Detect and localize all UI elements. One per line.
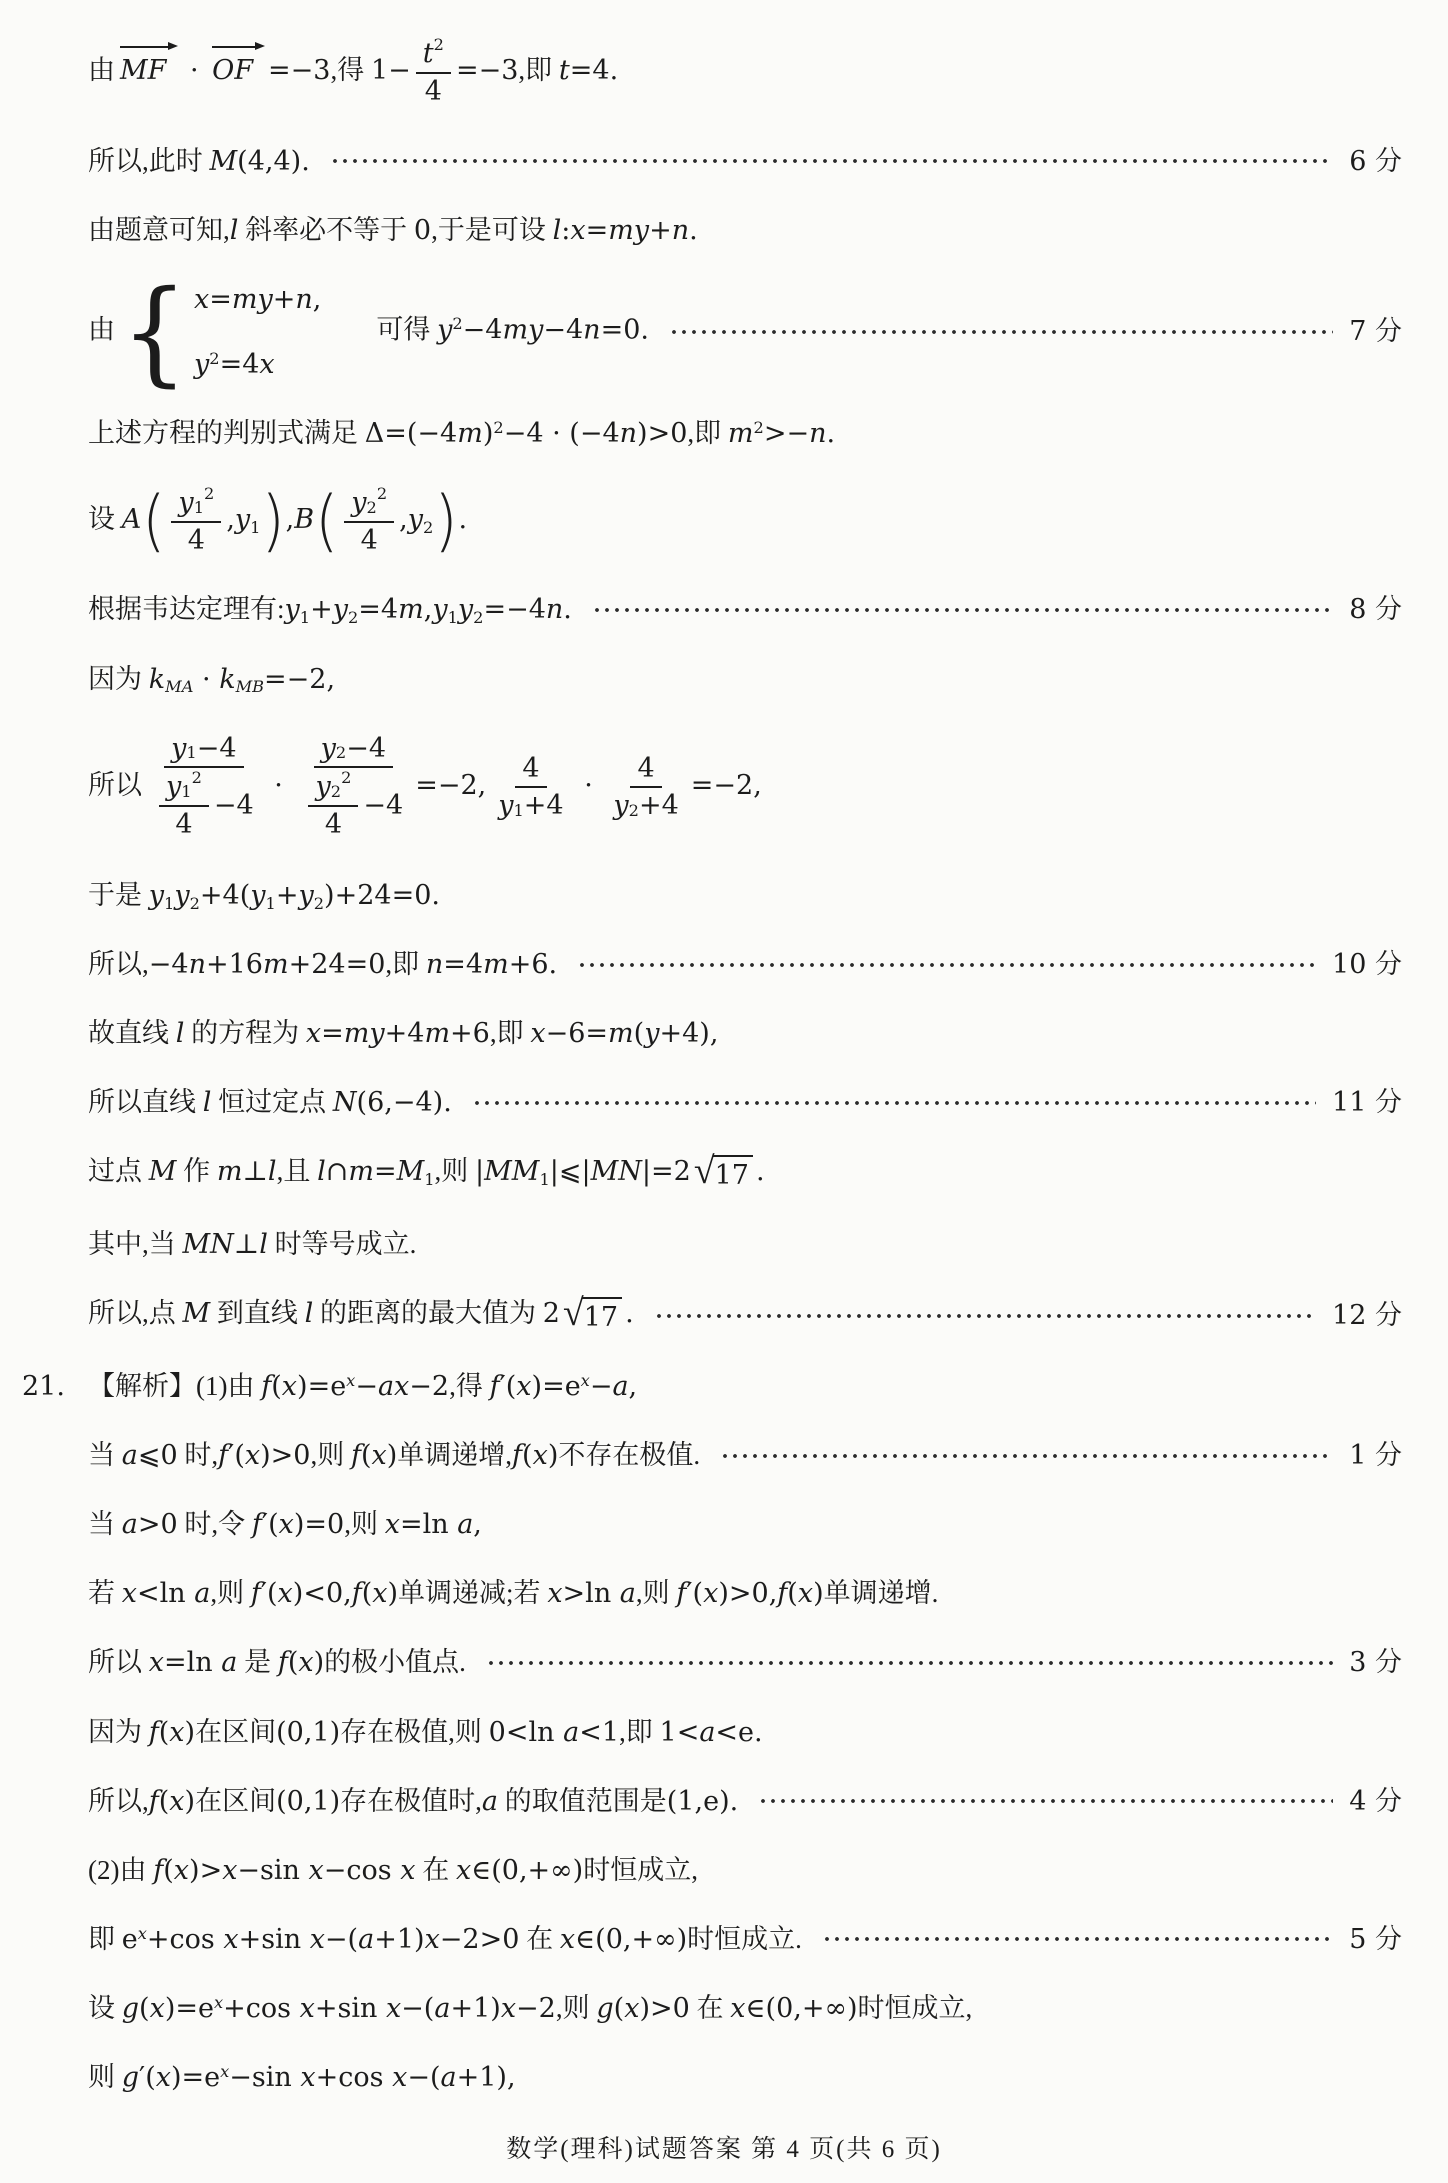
left-brace-icon: { — [121, 286, 188, 377]
math-run: f(x) — [512, 1440, 558, 1471]
math-variable: x — [730, 1993, 745, 2024]
math-run: + — [223, 1993, 246, 2024]
document-line: 所以,点 M 到直线 l 的距离的最大值为 2√17.12 分 — [0, 1296, 1448, 1335]
text-run: 设 — [88, 1993, 122, 2023]
dotted-leader — [330, 159, 1333, 163]
dotted-leader — [577, 963, 1316, 967]
text-run: 所以 — [88, 1647, 149, 1677]
math-variable: x — [214, 1993, 223, 2012]
math-variable: x — [798, 1578, 813, 1609]
subscript: 1 — [181, 784, 191, 800]
math-run: y — [437, 314, 452, 345]
math-variable: y — [458, 594, 473, 625]
math-variable: x — [138, 1924, 147, 1943]
dotted-leader — [669, 330, 1333, 334]
math-variable: x — [259, 349, 274, 380]
math-variable: N — [618, 1156, 642, 1187]
math-variable: M — [210, 146, 238, 177]
text-run: ,则 — [636, 1578, 677, 1608]
fraction-denominator: 4 — [354, 523, 385, 559]
text-run: ,且 — [277, 1156, 318, 1186]
math-run: f(x) — [278, 1647, 324, 1678]
math-run: x−(a+1), — [392, 2062, 515, 2093]
superscript: x — [346, 1373, 355, 1389]
math-variable: l — [268, 1156, 277, 1187]
fraction: y124 — [159, 769, 209, 843]
score-label: 4 分 — [1349, 1784, 1402, 1819]
math-variable: a — [440, 2062, 456, 2093]
exam-answer-page: 由MF · OF=−3,得 1−t24=−3,即 t=4.所以,此时 M(4,4… — [0, 0, 1448, 2183]
math-run: y — [613, 789, 628, 823]
math-run: · — [576, 769, 602, 800]
math-run: k — [149, 664, 165, 695]
document-line: 所以,f(x)在区间(0,1)存在极值时,a 的取值范围是(1,e).4 分 — [0, 1784, 1448, 1819]
line-content: 因为 f(x)在区间(0,1)存在极值,则 0<ln a<1,即 1<a<e. — [88, 1715, 763, 1750]
math-run: =4m,y — [358, 594, 447, 625]
text-run: 时恒成立, — [858, 1993, 973, 2023]
math-variable: y — [634, 215, 649, 246]
math-run: 2 — [754, 418, 764, 437]
document-line: 因为 f(x)在区间(0,1)存在极值,则 0<ln a<1,即 1<a<e. — [0, 1715, 1448, 1750]
math-run: =4x — [220, 349, 275, 380]
superscript: x — [220, 2064, 229, 2080]
math-variable: a — [563, 1717, 579, 1748]
math-run: x< — [122, 1578, 160, 1609]
math-run: M(4,4). — [210, 146, 310, 177]
text-run: 其中,当 — [88, 1229, 183, 1259]
math-variable: m — [483, 949, 509, 980]
line-content: 过点 M 作 m⊥l,且 l∩m=M1,则 |MM1|⩽|MN|=2√17. — [88, 1154, 765, 1193]
text-run: 时恒成立, — [583, 1855, 698, 1885]
math-variable: x — [310, 1924, 325, 1955]
fraction: y2−4y224−4 — [296, 731, 410, 844]
math-run: 4 — [361, 524, 378, 558]
square-root: √17 — [694, 1155, 753, 1193]
text-run: ,即 — [619, 1717, 660, 1747]
math-run: x=my+4m+6 — [306, 1018, 490, 1049]
math-variable: l — [259, 1229, 268, 1260]
math-variable: f — [777, 1578, 787, 1609]
math-variable: x — [425, 1924, 440, 1955]
math-variable: y — [235, 504, 250, 535]
math-variable: y — [321, 733, 336, 764]
math-roman-run: cos — [346, 1855, 400, 1886]
math-variable: x — [346, 1371, 355, 1390]
line-content: 所以y1−4y124−4 · y2−4y224−4=−2,4y1+4 · 4y2… — [88, 731, 762, 844]
math-variable: x — [581, 1371, 590, 1390]
math-run: g(x)= — [122, 1993, 198, 2024]
math-variable: m — [348, 1156, 374, 1187]
math-roman-run: e — [703, 1786, 719, 1817]
dotted-leader — [822, 1937, 1333, 1941]
math-run: . — [754, 1717, 763, 1748]
math-variable: x — [169, 1717, 184, 1748]
math-run: x — [138, 1924, 147, 1943]
math-variable: B — [252, 677, 264, 696]
math-variable: m — [217, 1156, 243, 1187]
math-variable: t — [423, 38, 434, 69]
math-variable: x — [245, 1440, 260, 1471]
subscript: 1 — [539, 1172, 549, 1188]
text-run: 时,令 — [178, 1509, 252, 1539]
text-run: 在区间 — [195, 1786, 276, 1816]
math-run: 2 — [209, 349, 219, 368]
math-roman-run: sin — [337, 1993, 385, 2024]
math-variable: O — [212, 55, 234, 86]
superscript: x — [581, 1373, 590, 1389]
math-variable: M — [236, 677, 253, 696]
math-run: =−3 — [268, 55, 330, 86]
text-run: 由题意可知, — [88, 215, 230, 245]
fraction-numerator: y22 — [344, 485, 394, 523]
math-variable: t — [559, 55, 570, 86]
math-run: x — [214, 1993, 223, 2012]
math-run: x∈(0,+∞) — [456, 1855, 583, 1886]
math-variable: g — [596, 1993, 613, 2024]
math-variable: N — [210, 1229, 234, 1260]
math-variable: n — [809, 418, 826, 449]
math-variable: m — [457, 418, 483, 449]
text-run: 所以,点 — [88, 1298, 183, 1328]
fraction: y1−4y124−4 — [147, 731, 261, 844]
math-variable: a — [358, 1924, 374, 1955]
math-run: 2 — [192, 768, 202, 787]
text-run: ,即 — [385, 949, 426, 979]
math-variable: x — [570, 215, 585, 246]
fraction-denominator: y124−4 — [147, 768, 261, 844]
math-run: N(6,−4). — [333, 1087, 452, 1118]
text-run: 存在极值,则 — [340, 1717, 489, 1747]
text-run: 作 — [176, 1156, 217, 1186]
math-run: =−2, — [415, 769, 486, 800]
math-variable: x — [156, 2062, 171, 2093]
fraction-denominator: 4 — [168, 807, 199, 843]
math-run: OF — [212, 55, 253, 86]
math-run: 1− — [371, 55, 411, 86]
dotted-leader — [654, 1314, 1316, 1318]
document-line: 当 a⩽0 时,f′(x)>0,则 f(x)单调递增,f(x)不存在极值.1 分 — [0, 1438, 1448, 1473]
math-variable: y — [369, 1018, 384, 1049]
math-variable: x — [392, 2062, 407, 2093]
fraction-denominator: 4 — [418, 74, 449, 110]
math-run: (0,1) — [276, 1717, 340, 1748]
math-variable: g — [122, 2062, 139, 2093]
math-run: x= — [385, 1509, 423, 1540]
text-run: 在 — [415, 1855, 456, 1885]
math-run: x — [220, 2062, 229, 2081]
math-run: y — [194, 349, 209, 380]
subscript: 2 — [314, 896, 324, 912]
math-variable: x — [394, 1371, 409, 1402]
math-run: )+24=0. — [324, 880, 440, 911]
math-run: y — [174, 880, 189, 911]
text-run: ,即 — [518, 55, 559, 85]
text-run: 不存在极值. — [558, 1440, 700, 1470]
superscript: 2 — [192, 770, 202, 786]
document-line: 当 a>0 时,令 f′(x)=0,则 x=ln a, — [0, 1507, 1448, 1542]
subscript: 2 — [473, 610, 483, 626]
text-run: 恒过定点 — [211, 1087, 333, 1117]
math-run: x∈(0,+∞) — [560, 1924, 687, 1955]
text-run: ,则 — [210, 1578, 251, 1608]
line-content: 21.【解析】(1)由 f(x)=ex−ax−2,得 f′(x)=ex−a, — [88, 1369, 637, 1404]
math-run: M — [183, 1298, 211, 1329]
document-line: 设 A(y124,y1),B(y224,y2). — [0, 485, 1448, 559]
math-roman-run: ln — [187, 1647, 222, 1678]
math-run: · — [181, 55, 207, 86]
fraction-denominator: y224−4 — [296, 768, 410, 844]
text-run: ,得 — [330, 55, 371, 85]
math-variable: x — [560, 1924, 575, 1955]
score-label: 12 分 — [1332, 1298, 1402, 1333]
math-variable: f — [261, 1371, 271, 1402]
math-variable: y — [613, 790, 628, 821]
math-variable: A — [122, 504, 142, 535]
math-run: . — [459, 504, 468, 535]
line-content: 故直线 l 的方程为 x=my+4m+6,即 x−6=m(y+4), — [88, 1016, 718, 1051]
math-run: (0,1) — [276, 1786, 340, 1817]
math-variable: x — [372, 1578, 387, 1609]
fraction-numerator: y1−4 — [164, 731, 243, 769]
math-roman-run: sin — [261, 1924, 309, 1955]
math-variable: x — [278, 1578, 293, 1609]
text-run: 的方程为 — [184, 1018, 306, 1048]
document-line: (2)由 f(x)>x−sin x−cos x 在 x∈(0,+∞)时恒成立, — [0, 1853, 1448, 1888]
math-run: (1, — [667, 1786, 703, 1817]
document-line: 故直线 l 的方程为 x=my+4m+6,即 x−6=m(y+4), — [0, 1016, 1448, 1051]
math-run: f′(x)= — [490, 1371, 565, 1402]
text-run: 所以,此时 — [88, 146, 210, 176]
math-run: f(x) — [351, 1440, 397, 1471]
superscript: 2 — [204, 486, 214, 502]
math-variable: x — [220, 2062, 229, 2081]
math-run: −4 — [197, 732, 237, 766]
subscript: 1 — [164, 896, 174, 912]
text-run: ,即 — [490, 1018, 531, 1048]
math-run: a — [482, 1786, 498, 1817]
math-variable: x — [300, 2062, 315, 2093]
document-line: 根据韦达定理有:y1+y2=4m,y1y2=−4n.8 分 — [0, 592, 1448, 627]
math-variable: x — [501, 1993, 516, 2024]
text-run: ,则 — [556, 1993, 597, 2023]
math-run: 2 — [629, 801, 639, 820]
math-run: x= — [149, 1647, 187, 1678]
text-run: 因为 — [88, 664, 149, 694]
math-variable: m — [502, 314, 528, 345]
text-run: 于是 — [88, 880, 149, 910]
text-run: 单调递减;若 — [398, 1578, 547, 1608]
math-variable: y — [257, 284, 272, 315]
math-run: 1 — [164, 894, 174, 913]
subscript: 1 — [448, 610, 458, 626]
line-content: 所以,f(x)在区间(0,1)存在极值时,a 的取值范围是(1,e). — [88, 1784, 738, 1819]
math-run: 4 — [325, 808, 342, 842]
math-run: ,B — [286, 504, 314, 535]
math-variable: g — [122, 1993, 139, 2024]
math-run: x=my+n, — [194, 284, 321, 315]
math-roman-run: ln — [423, 1509, 458, 1540]
line-content: 则 g′(x)=ex−sin x+cos x−(a+1), — [88, 2060, 516, 2095]
fraction: y224 — [344, 485, 394, 559]
math-run: a — [620, 1578, 636, 1609]
math-variable: x — [533, 1440, 548, 1471]
fraction-numerator: y12 — [171, 485, 221, 523]
math-variable: x — [222, 1855, 237, 1886]
text-run: 当 — [88, 1509, 122, 1539]
text-run: (2)由 — [88, 1855, 153, 1885]
document-line: 上述方程的判别式满足 Δ=(−4m)2−4 · (−4n)>0,即 m2>−n. — [0, 416, 1448, 451]
math-run: x> — [547, 1578, 585, 1609]
text-run: 单调递增. — [824, 1578, 939, 1608]
text-run: 是 — [237, 1647, 278, 1677]
math-roman-run: e — [204, 2062, 220, 2093]
math-run: a<1 — [563, 1717, 619, 1748]
math-run: =−2, — [264, 664, 335, 695]
math-run: 0 — [414, 215, 431, 246]
text-run: 由 — [88, 314, 115, 344]
math-run: =−3 — [456, 55, 518, 86]
text-run: ,得 — [449, 1371, 490, 1401]
math-run: f(x) — [149, 1786, 195, 1817]
text-run: 在区间 — [195, 1717, 276, 1747]
math-run: · k — [193, 664, 235, 695]
document-line: 所以 x=ln a 是 f(x)的极小值点.3 分 — [0, 1645, 1448, 1680]
math-variable: n — [620, 418, 637, 449]
math-run: 1 — [448, 608, 458, 627]
math-variable: l — [553, 215, 562, 246]
math-roman-run: cos — [338, 2062, 392, 2093]
dotted-leader — [758, 1799, 1333, 1803]
math-variable: f — [512, 1440, 522, 1471]
math-run: m — [728, 418, 754, 449]
math-run: 2 — [331, 782, 341, 801]
math-roman-run: e — [565, 1371, 581, 1402]
math-run: f(x)= — [261, 1371, 330, 1402]
math-roman-run: ln — [160, 1578, 195, 1609]
subscript: MA — [165, 679, 193, 695]
math-variable: f — [149, 1786, 159, 1817]
math-variable: x — [530, 1018, 545, 1049]
math-run: f(x) — [149, 1717, 195, 1748]
math-variable: n — [189, 949, 206, 980]
math-run: −4n+16m+24=0 — [149, 949, 386, 980]
math-variable: a — [194, 1578, 210, 1609]
math-variable: n — [583, 314, 600, 345]
fraction: y224 — [308, 769, 358, 843]
math-variable: f — [252, 1509, 262, 1540]
math-variable: n — [295, 284, 312, 315]
math-run: −4 — [363, 789, 403, 823]
math-run: ,y — [399, 504, 423, 535]
math-run: y — [315, 770, 330, 804]
text-run: ,则 — [310, 1440, 351, 1470]
math-run: 2 — [204, 484, 214, 503]
superscript: 2 — [434, 37, 444, 53]
score-label: 5 分 — [1349, 1922, 1402, 1957]
math-roman-run: ln — [528, 1717, 563, 1748]
text-run: 故直线 — [88, 1018, 176, 1048]
math-run: l∩m=M — [317, 1156, 424, 1187]
math-run: g′(x)= — [122, 2062, 204, 2093]
score-label: 1 分 — [1349, 1438, 1402, 1473]
math-run: =−4n. — [483, 594, 571, 625]
text-run: 到直线 — [210, 1298, 305, 1328]
math-run: f′(x)>0,f(x) — [676, 1578, 823, 1609]
text-run: 可得 — [376, 314, 437, 344]
text-run: 因为 — [88, 1717, 149, 1747]
math-variable: y — [644, 1018, 659, 1049]
math-run: 4 — [188, 524, 205, 558]
math-variable: x — [703, 1578, 718, 1609]
math-run: t=4. — [559, 55, 618, 86]
subscript: 1 — [186, 745, 196, 761]
document-line: 21.【解析】(1)由 f(x)=ex−ax−2,得 f′(x)=ex−a, — [0, 1369, 1448, 1404]
line-content: 当 a>0 时,令 f′(x)=0,则 x=ln a, — [88, 1507, 482, 1542]
math-run: −ax−2 — [355, 1371, 449, 1402]
math-run: 0< — [489, 1717, 529, 1748]
text-run: ,则 — [344, 1509, 385, 1539]
math-run: 4 — [637, 752, 654, 786]
math-variable: x — [122, 1578, 137, 1609]
text-run: ,于是可设 — [431, 215, 553, 245]
math-variable: x — [223, 1924, 238, 1955]
text-run: 斜率必不等于 — [238, 215, 414, 245]
document-line: 过点 M 作 m⊥l,且 l∩m=M1,则 |MM1|⩽|MN|=2√17. — [0, 1154, 1448, 1193]
line-content: 所以,此时 M(4,4). — [88, 144, 310, 179]
math-run: 2 — [493, 418, 503, 437]
math-variable: k — [149, 664, 165, 695]
radicand: 17 — [713, 1155, 753, 1193]
line-content: 由{x=my+n,y2=4x可得 y2−4my−4n=0. — [88, 282, 649, 382]
math-run: −4 — [214, 789, 254, 823]
math-run: Δ=(−4m) — [365, 418, 494, 449]
fraction-numerator: 4 — [515, 751, 546, 789]
line-content: 由题意可知,l 斜率必不等于 0,于是可设 l:x=my+n. — [88, 213, 698, 248]
document-line: 所以,此时 M(4,4).6 分 — [0, 144, 1448, 179]
math-run: +y — [276, 880, 314, 911]
math-variable: M — [484, 1156, 512, 1187]
math-variable: y — [298, 880, 313, 911]
fraction-denominator: y1+4 — [491, 788, 570, 824]
math-run: MB — [236, 677, 264, 696]
math-variable: x — [456, 1855, 471, 1886]
fraction-denominator: 4 — [181, 523, 212, 559]
score-label: 3 分 — [1349, 1645, 1402, 1680]
superscript: 2 — [377, 486, 387, 502]
math-variable: k — [219, 664, 235, 695]
problem-number-label: 21. — [22, 1369, 88, 1404]
math-variable: x — [385, 1509, 400, 1540]
text-run: 过点 — [88, 1156, 149, 1186]
math-variable: M — [512, 1156, 540, 1187]
math-run: 2 — [543, 1298, 560, 1329]
text-run: 在 — [690, 1993, 731, 2023]
score-label: 10 分 — [1332, 947, 1402, 982]
math-variable: y — [171, 733, 186, 764]
math-run: y — [171, 732, 186, 766]
math-variable: a — [122, 1440, 138, 1471]
math-variable: l — [317, 1156, 326, 1187]
radicand: 17 — [582, 1297, 622, 1335]
math-variable: a — [434, 1993, 450, 2024]
line-content: 当 a⩽0 时,f′(x)>0,则 f(x)单调递增,f(x)不存在极值. — [88, 1438, 700, 1473]
math-run: l:x=my+n. — [553, 215, 698, 246]
subscript: 2 — [348, 610, 358, 626]
math-variable: m — [398, 594, 424, 625]
radical-sign-icon: √ — [563, 1297, 584, 1329]
math-run: 1 — [181, 782, 191, 801]
subscript: 1 — [300, 610, 310, 626]
